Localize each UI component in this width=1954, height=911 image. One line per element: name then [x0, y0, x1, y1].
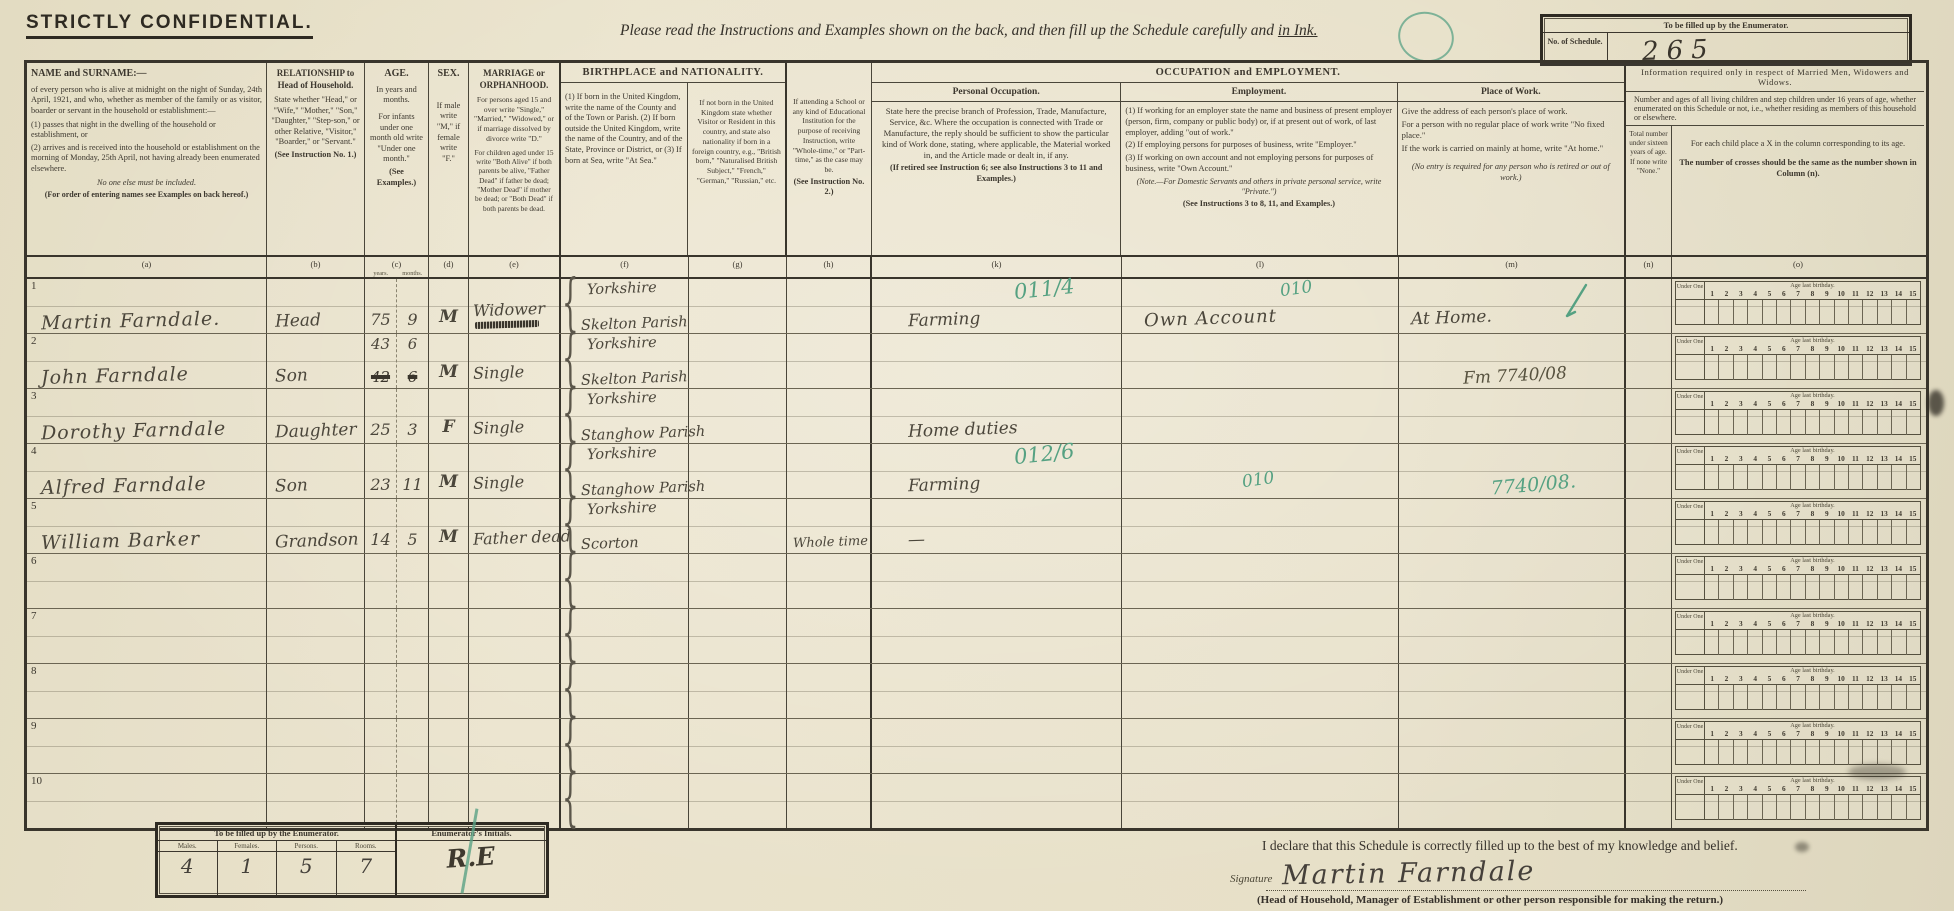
- age-cell: [1791, 795, 1805, 820]
- row-number: 9: [31, 720, 37, 732]
- relationship-cell: [267, 554, 365, 608]
- enumerator-value: 5: [277, 852, 337, 895]
- age-months-handwriting: 6: [397, 335, 428, 353]
- enumerator-box-headers: Males.Females.Persons.Rooms.: [158, 841, 395, 852]
- census-schedule-scan: STRICTLY CONFIDENTIAL. Please read the I…: [0, 0, 1954, 911]
- age-number: 7: [1791, 729, 1805, 738]
- nationality-cell: [689, 664, 787, 718]
- age-cell-under-one: [1676, 465, 1705, 490]
- row-number: 1: [31, 280, 37, 292]
- age-grid-header: Under OneAge last birthday.1234567891011…: [1676, 337, 1920, 355]
- relationship-handwriting: Daughter: [275, 420, 357, 443]
- occupation-cell: [872, 334, 1122, 388]
- relationship-cell: [267, 719, 365, 773]
- age-cell: [1835, 410, 1849, 435]
- row-number: 2: [31, 335, 37, 347]
- age-cell: [1777, 410, 1791, 435]
- age-cell: [1820, 300, 1834, 325]
- marriage-cell: [469, 774, 561, 828]
- children-age-grid-cell: Under OneAge last birthday.1234567891011…: [1672, 389, 1924, 443]
- age-cell: [1892, 685, 1906, 710]
- birthplace-county-handwriting: Yorkshire: [587, 335, 657, 353]
- employment-cell: [1122, 609, 1399, 663]
- age-number: 10: [1834, 784, 1848, 793]
- marriage-cell: [469, 664, 561, 718]
- age-cell: [1849, 465, 1863, 490]
- age-cell: [1878, 575, 1892, 600]
- sex-cell: [429, 664, 469, 718]
- sex-cell: [429, 719, 469, 773]
- age-cell: [1835, 520, 1849, 545]
- age-cell: [1719, 795, 1733, 820]
- age-number: 10: [1834, 509, 1848, 518]
- children-age-grid-cell: Under OneAge last birthday.1234567891011…: [1672, 334, 1924, 388]
- age-cell-under-one: [1676, 520, 1705, 545]
- age-number: 2: [1719, 729, 1733, 738]
- age-cell: [1849, 575, 1863, 600]
- age-cell: [1806, 520, 1820, 545]
- age-cell: [1820, 795, 1834, 820]
- age-grid: Under OneAge last birthday.1234567891011…: [1675, 666, 1921, 710]
- employment-code-green: 010: [1279, 277, 1314, 301]
- age-cell: [1835, 630, 1849, 655]
- age-cell: [1863, 740, 1877, 765]
- nationality-cell: [689, 444, 787, 498]
- sex-handwriting: M: [429, 362, 468, 382]
- occupation-code-green: 012/6: [1013, 439, 1076, 469]
- confidential-heading: STRICTLY CONFIDENTIAL.: [26, 12, 313, 39]
- under-one-label: Under One: [1676, 667, 1705, 684]
- employment-code-green: 010: [1241, 468, 1276, 492]
- col-header-employment: Employment. (1) If working for an employ…: [1121, 83, 1397, 255]
- age-number: 6: [1777, 619, 1791, 628]
- nationality-cell: [689, 279, 787, 333]
- age-numbers: 123456789101112131415: [1705, 289, 1920, 298]
- age-cell: [1820, 685, 1834, 710]
- birthplace-county-handwriting: Yorkshire: [587, 390, 657, 408]
- age-cell: [1705, 300, 1719, 325]
- age-number: 15: [1906, 674, 1920, 683]
- birthplace-cell: {: [561, 774, 689, 828]
- marriage-handwriting: Single: [473, 472, 525, 493]
- relationship-cell: Grandson: [267, 499, 365, 553]
- age-cell: [1806, 465, 1820, 490]
- age-number: 4: [1748, 784, 1762, 793]
- age-cell: [1878, 520, 1892, 545]
- age-years-handwriting: 23: [365, 475, 396, 494]
- age-number: 5: [1762, 344, 1776, 353]
- age-cell: [1835, 355, 1849, 380]
- schedule-number-box: To be filled up by the Enumerator. No. o…: [1540, 14, 1912, 66]
- age-cell: [1863, 465, 1877, 490]
- age-number: 15: [1906, 729, 1920, 738]
- place-of-work-cell: 7740/08.: [1399, 444, 1626, 498]
- age-cell: [1835, 795, 1849, 820]
- age-cell: [1705, 465, 1719, 490]
- marriage-handwriting: Widower: [473, 299, 546, 321]
- total-children-cell: [1626, 389, 1672, 443]
- age-months-cell: [397, 609, 429, 663]
- age-number: 1: [1705, 784, 1719, 793]
- age-number: 1: [1705, 674, 1719, 683]
- ink-smudge: [1928, 390, 1944, 416]
- age-number: 7: [1791, 564, 1805, 573]
- age-cell: [1791, 630, 1805, 655]
- age-number: 9: [1820, 344, 1834, 353]
- enumerator-header: Females.: [218, 841, 278, 851]
- age-cell: [1705, 355, 1719, 380]
- age-years-struck: 42: [365, 368, 396, 386]
- age-cell: [1734, 465, 1748, 490]
- age-numbers: 123456789101112131415: [1705, 564, 1920, 573]
- birthplace-parish-handwriting: Scorton: [581, 535, 639, 553]
- schedule-row: 6{Under OneAge last birthday.12345678910…: [27, 554, 1926, 609]
- nationality-cell: [689, 554, 787, 608]
- age-number: 5: [1762, 619, 1776, 628]
- age-cell: [1835, 300, 1849, 325]
- age-cell: [1748, 630, 1762, 655]
- age-cell: [1705, 685, 1719, 710]
- name-handwriting: Dorothy Farndale: [41, 418, 227, 445]
- age-number: 11: [1848, 399, 1862, 408]
- birthplace-cell: {YorkshireStanghow Parish: [561, 389, 689, 443]
- age-cell: [1734, 740, 1748, 765]
- relationship-handwriting: Head: [275, 310, 322, 332]
- occupation-cell: [872, 719, 1122, 773]
- age-grid: Under OneAge last birthday.1234567891011…: [1675, 776, 1921, 820]
- age-grid-header: Under OneAge last birthday.1234567891011…: [1676, 667, 1920, 685]
- age-number: 9: [1820, 454, 1834, 463]
- age-grid-cells: [1676, 575, 1920, 600]
- age-cell: [1777, 575, 1791, 600]
- age-number: 8: [1805, 564, 1819, 573]
- school-cell: [787, 279, 872, 333]
- letter-a: (a): [27, 257, 267, 277]
- age-months-cell: [397, 719, 429, 773]
- age-number: 11: [1848, 619, 1862, 628]
- school-cell: [787, 719, 872, 773]
- age-grid: Under OneAge last birthday.1234567891011…: [1675, 721, 1921, 765]
- age-cell: [1878, 300, 1892, 325]
- age-cell: [1719, 685, 1733, 710]
- birthplace-cell: {YorkshireStanghow Parish: [561, 444, 689, 498]
- age-number: 5: [1762, 564, 1776, 573]
- age-cell-under-one: [1676, 410, 1705, 435]
- age-cell: [1835, 465, 1849, 490]
- age-number: 13: [1877, 784, 1891, 793]
- age-number: 15: [1906, 619, 1920, 628]
- age-cell: [1849, 795, 1863, 820]
- age-cell: [1748, 410, 1762, 435]
- age-cell: [1777, 355, 1791, 380]
- children-age-grid-cell: Under OneAge last birthday.1234567891011…: [1672, 554, 1924, 608]
- col-header-marriage: MARRIAGE or ORPHANHOOD. For persons aged…: [469, 63, 561, 255]
- age-number: 2: [1719, 454, 1733, 463]
- schedule-row: 3Dorothy FarndaleDaughter253FSingle{York…: [27, 389, 1926, 444]
- sex-handwriting: M: [429, 307, 468, 327]
- sex-cell: M: [429, 499, 469, 553]
- age-grid: Under OneAge last birthday.1234567891011…: [1675, 336, 1921, 380]
- age-cell: [1806, 410, 1820, 435]
- age-years-cell: [365, 554, 397, 608]
- age-cell-under-one: [1676, 575, 1705, 600]
- age-number: 7: [1791, 674, 1805, 683]
- age-cell: [1763, 520, 1777, 545]
- age-cell: [1719, 630, 1733, 655]
- age-number: 3: [1734, 289, 1748, 298]
- name-handwriting: William Barker: [41, 528, 201, 554]
- age-cell: [1806, 355, 1820, 380]
- under-one-label: Under One: [1676, 502, 1705, 519]
- age-last-birthday-label: Age last birthday.: [1705, 392, 1920, 399]
- under-one-label: Under One: [1676, 722, 1705, 739]
- age-number: 1: [1705, 399, 1719, 408]
- under-one-label: Under One: [1676, 777, 1705, 794]
- age-cell: [1863, 630, 1877, 655]
- age-number: 2: [1719, 674, 1733, 683]
- age-number: 4: [1748, 509, 1762, 518]
- age-number: 6: [1777, 509, 1791, 518]
- age-number: 5: [1762, 289, 1776, 298]
- enumerator-header: Rooms.: [337, 841, 396, 851]
- children-age-grid-cell: Under OneAge last birthday.1234567891011…: [1672, 664, 1924, 718]
- age-number: 11: [1848, 509, 1862, 518]
- age-number: 13: [1877, 344, 1891, 353]
- age-number: 5: [1762, 399, 1776, 408]
- birthplace-county-handwriting: Yorkshire: [587, 280, 657, 298]
- age-cell: [1878, 740, 1892, 765]
- age-cell: [1806, 630, 1820, 655]
- age-number: 4: [1748, 289, 1762, 298]
- age-cell: [1734, 355, 1748, 380]
- age-number: 6: [1777, 454, 1791, 463]
- age-number: 7: [1791, 399, 1805, 408]
- school-cell: Whole time: [787, 499, 872, 553]
- age-number: 10: [1834, 454, 1848, 463]
- occupation-cell: —: [872, 499, 1122, 553]
- age-years-handwriting: 25: [365, 420, 396, 439]
- age-number: 4: [1748, 344, 1762, 353]
- age-number: 2: [1719, 619, 1733, 628]
- age-cell: [1748, 520, 1762, 545]
- age-cell: [1763, 795, 1777, 820]
- birthplace-cell: {: [561, 664, 689, 718]
- age-number: 4: [1748, 399, 1762, 408]
- green-oval-mark: [1393, 6, 1459, 68]
- relationship-cell: [267, 774, 365, 828]
- letter-g: (g): [689, 257, 787, 277]
- age-number: 6: [1777, 564, 1791, 573]
- name-cell: 9: [27, 719, 267, 773]
- row-number: 4: [31, 445, 37, 457]
- schedule-row: 8{Under OneAge last birthday.12345678910…: [27, 664, 1926, 719]
- age-cell: [1806, 575, 1820, 600]
- age-cell: [1820, 575, 1834, 600]
- age-number: 12: [1863, 454, 1877, 463]
- age-cell: [1835, 685, 1849, 710]
- age-cell: [1719, 300, 1733, 325]
- col-header-school: If attending a School or any kind of Edu…: [787, 63, 872, 255]
- marriage-handwriting: Father dead: [473, 526, 572, 548]
- age-cell-under-one: [1676, 630, 1705, 655]
- col-header-children-ages: For each child place a X in the column c…: [1672, 126, 1924, 255]
- school-cell: [787, 444, 872, 498]
- age-last-birthday-label: Age last birthday.: [1705, 612, 1920, 619]
- age-number: 9: [1820, 509, 1834, 518]
- age-cell: [1791, 520, 1805, 545]
- letter-f: (f): [561, 257, 689, 277]
- age-cell: [1820, 520, 1834, 545]
- relationship-cell: [267, 609, 365, 663]
- age-cell: [1748, 300, 1762, 325]
- age-cell: [1820, 465, 1834, 490]
- age-number: 4: [1748, 729, 1762, 738]
- marriage-handwriting: Single: [473, 362, 525, 383]
- signature-label: Signature: [1230, 873, 1272, 885]
- place-of-work-pencil-note: Fm 7740/08: [1463, 363, 1568, 388]
- age-cell: [1734, 520, 1748, 545]
- age-last-birthday-label: Age last birthday.: [1705, 722, 1920, 729]
- marriage-cell: Single: [469, 389, 561, 443]
- age-cell-under-one: [1676, 685, 1705, 710]
- age-cell: [1863, 300, 1877, 325]
- age-years-cell: 75: [365, 279, 397, 333]
- occupation-cell: [872, 554, 1122, 608]
- age-cell: [1734, 685, 1748, 710]
- age-number: 9: [1820, 784, 1834, 793]
- age-number: 14: [1891, 454, 1905, 463]
- age-cell: [1791, 300, 1805, 325]
- age-cell: [1849, 685, 1863, 710]
- age-months-cell: 9: [397, 279, 429, 333]
- relationship-cell: Head: [267, 279, 365, 333]
- marriage-cell: Single: [469, 444, 561, 498]
- census-table: NAME and SURNAME:— of every person who i…: [24, 60, 1929, 831]
- scribbled-out-word: [475, 320, 539, 329]
- under-one-label: Under One: [1676, 557, 1705, 574]
- age-number: 5: [1762, 729, 1776, 738]
- age-number: 12: [1863, 729, 1877, 738]
- signature-note: (Head of Household, Manager of Establish…: [1120, 894, 1860, 906]
- age-number: 2: [1719, 509, 1733, 518]
- school-cell: [787, 389, 872, 443]
- age-years-handwriting: 43: [365, 335, 396, 353]
- age-grid-header: Under OneAge last birthday.1234567891011…: [1676, 392, 1920, 410]
- age-number: 14: [1891, 509, 1905, 518]
- col-header-age: AGE. In years and months. For infants un…: [365, 63, 429, 255]
- age-cell: [1777, 685, 1791, 710]
- age-cell: [1763, 410, 1777, 435]
- age-number: 2: [1719, 344, 1733, 353]
- age-number: 15: [1906, 784, 1920, 793]
- relationship-cell: Daughter: [267, 389, 365, 443]
- relationship-handwriting: Son: [275, 365, 309, 386]
- age-cell: [1777, 300, 1791, 325]
- under-one-label: Under One: [1676, 447, 1705, 464]
- age-cell: [1763, 575, 1777, 600]
- col-group-married-info: Information required only in respect of …: [1626, 63, 1924, 255]
- letter-n: (n): [1626, 257, 1672, 277]
- age-number: 5: [1762, 454, 1776, 463]
- occupation-handwriting: —: [908, 530, 926, 551]
- letter-b: (b): [267, 257, 365, 277]
- age-cell: [1734, 575, 1748, 600]
- age-months-handwriting: 11: [397, 475, 428, 494]
- age-number: 8: [1805, 509, 1819, 518]
- relationship-handwriting: Grandson: [275, 530, 359, 553]
- age-number: 2: [1719, 564, 1733, 573]
- age-grid-cells: [1676, 410, 1920, 435]
- children-age-grid-cell: Under OneAge last birthday.1234567891011…: [1672, 279, 1924, 333]
- age-number: 10: [1834, 344, 1848, 353]
- birthplace-parish-handwriting: Stanghow Parish: [581, 424, 706, 444]
- name-cell: 4Alfred Farndale: [27, 444, 267, 498]
- marriage-handwriting: Single: [473, 417, 525, 438]
- age-number: 2: [1719, 399, 1733, 408]
- age-cell: [1907, 520, 1920, 545]
- age-number: 13: [1877, 564, 1891, 573]
- age-number: 6: [1777, 784, 1791, 793]
- occupation-handwriting: Home duties: [908, 418, 1018, 442]
- age-number: 3: [1734, 564, 1748, 573]
- letter-d: (d): [429, 257, 469, 277]
- age-cell: [1907, 685, 1920, 710]
- age-number: 15: [1906, 344, 1920, 353]
- col-header-name: NAME and SURNAME:— of every person who i…: [27, 63, 267, 255]
- total-children-cell: [1626, 609, 1672, 663]
- children-age-grid-cell: Under OneAge last birthday.1234567891011…: [1672, 444, 1924, 498]
- age-grid: Under OneAge last birthday.1234567891011…: [1675, 611, 1921, 655]
- age-number: 13: [1877, 729, 1891, 738]
- sex-cell: M: [429, 444, 469, 498]
- age-grid-header: Under OneAge last birthday.1234567891011…: [1676, 557, 1920, 575]
- sex-handwriting: M: [429, 472, 468, 492]
- col-header-nationality: If not born in the United Kingdom state …: [688, 83, 785, 255]
- age-number: 1: [1705, 344, 1719, 353]
- age-years-cell: [365, 719, 397, 773]
- row-number: 5: [31, 500, 37, 512]
- age-last-birthday-label: Age last birthday.: [1705, 502, 1920, 509]
- occupation-cell: Farming011/4: [872, 279, 1122, 333]
- age-cell-under-one: [1676, 740, 1705, 765]
- age-cell: [1705, 795, 1719, 820]
- employment-handwriting: Own Account: [1144, 306, 1278, 332]
- age-cell: [1907, 410, 1920, 435]
- name-cell: 2John Farndale: [27, 334, 267, 388]
- age-cell: [1863, 410, 1877, 435]
- col-header-relationship: RELATIONSHIP to Head of Household. State…: [267, 63, 365, 255]
- age-cell: [1705, 520, 1719, 545]
- age-last-birthday-label: Age last birthday.: [1705, 282, 1920, 289]
- letter-l: (l): [1122, 257, 1399, 277]
- age-cell: [1734, 795, 1748, 820]
- marriage-cell: [469, 609, 561, 663]
- age-number: 8: [1805, 619, 1819, 628]
- age-cell: [1705, 410, 1719, 435]
- age-number: 6: [1777, 399, 1791, 408]
- age-cell: [1892, 575, 1906, 600]
- age-numbers: 123456789101112131415: [1705, 454, 1920, 463]
- name-cell: 6: [27, 554, 267, 608]
- marriage-cell: Single: [469, 334, 561, 388]
- age-number: 2: [1719, 289, 1733, 298]
- age-cell: [1892, 795, 1906, 820]
- age-number: 13: [1877, 509, 1891, 518]
- age-cell: [1719, 520, 1733, 545]
- nationality-cell: [689, 609, 787, 663]
- age-number: 10: [1834, 289, 1848, 298]
- age-number: 11: [1848, 729, 1862, 738]
